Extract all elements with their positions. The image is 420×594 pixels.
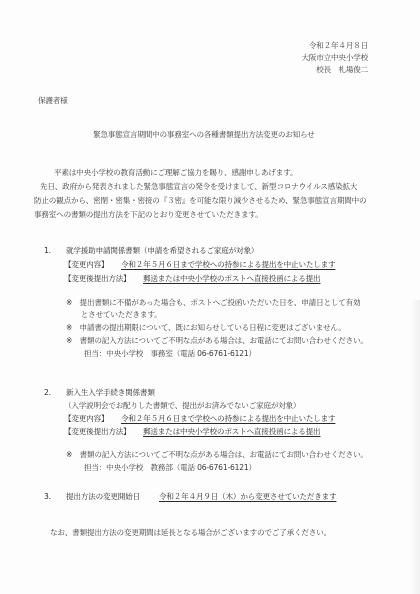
scan-edge-shadow (412, 300, 420, 594)
section-3-heading: 提出方法の変更開始日 (66, 492, 140, 502)
section-1-change-value: 令和２年５月６日まで学校への持参による提出を中止いたします (121, 260, 335, 270)
section-2-change-label: 【変更内容】 (64, 414, 108, 424)
section-1-number: 1. (44, 246, 51, 256)
section-1-note-1: ※ 提出書類に不備があった場合も、ポストへご投函いただいた日を、申請日として有効 (66, 298, 360, 308)
intro-line-3: 防止の観点から、密閉・密集・密接の『３密』を可能な限り減少させるため、緊急事態宣… (34, 196, 366, 206)
school-name: 大阪市立中央小学校 (301, 53, 368, 63)
section-1-contact: 担当：中央小学校 事務室（電話 06-6761-6121） (84, 349, 256, 359)
intro-line-2: 先日、政府から発表されました緊急事態宣言の発令を受けまして、新型コロナウイルス感… (40, 182, 357, 192)
section-1-change-label: 【変更内容】 (64, 260, 108, 270)
section-2-subheading: （入学説明会でお配りした書類で、提出がお済みでないご家庭が対象） (64, 401, 300, 411)
addressee: 保護者様 (38, 96, 68, 106)
section-3-value: 令和２年４月９日（木）から変更させていただきます (159, 492, 336, 502)
section-3-number: 3. (44, 492, 51, 502)
section-2-contact: 担当：中央小学校 教務部（電話 06-6761-6121） (84, 463, 256, 473)
section-2-method-label: 【変更後提出方法】 (64, 427, 131, 437)
section-2-heading: 新入生入学手続き関係書類 (66, 388, 155, 398)
document-page: 令和２年４月８日 大阪市立中央小学校 校長 札場俊二 保護者様 緊急事態宣言期間… (0, 0, 420, 594)
issue-date: 令和２年４月８日 (309, 41, 368, 51)
section-2-change-value: 令和２年５月６日まで学校への持参による提出を中止いたします (121, 414, 335, 424)
section-1-method-value: 郵送または中央小学校のポストへ直接投函による提出 (143, 274, 320, 284)
closing-note: なお、書類提出方法の変更期間は延長となる場合がございますのでご了承ください。 (50, 528, 331, 538)
section-1-note-2: ※ 申請書の提出期限について、既にお知らせしている日程に変更はございません。 (66, 323, 346, 333)
document-title: 緊急事態宣言期間中の事務室への各種書類提出方法変更のお知らせ (93, 130, 315, 140)
section-2-number: 2. (44, 388, 51, 398)
section-1-method-label: 【変更後提出方法】 (64, 274, 131, 284)
section-1-note-3: ※ 書類の記入方法についてご不明な点がある場合は、お電話にてお問い合わせください… (66, 336, 368, 346)
intro-line-1: 平素は中央小学校の教育活動にご理解ご協力を賜り、感謝申しあげます。 (54, 168, 297, 178)
section-1-heading: 就学援助申請関係書類（申請を希望されるご家庭が対象） (66, 246, 258, 256)
intro-line-4: 事務室への書類の提出方法を下記のとおり変更させていただきます。 (34, 210, 263, 220)
section-2-note-1: ※ 書類の記入方法についてご不明な点がある場合は、お電話にてお問い合わせください… (66, 450, 368, 460)
section-2-method-value: 郵送または中央小学校のポストへ直接投函による提出 (143, 427, 320, 437)
section-1-note-1-cont: とさせていただきます。 (66, 310, 162, 320)
principal-name: 校長 札場俊二 (316, 65, 368, 75)
